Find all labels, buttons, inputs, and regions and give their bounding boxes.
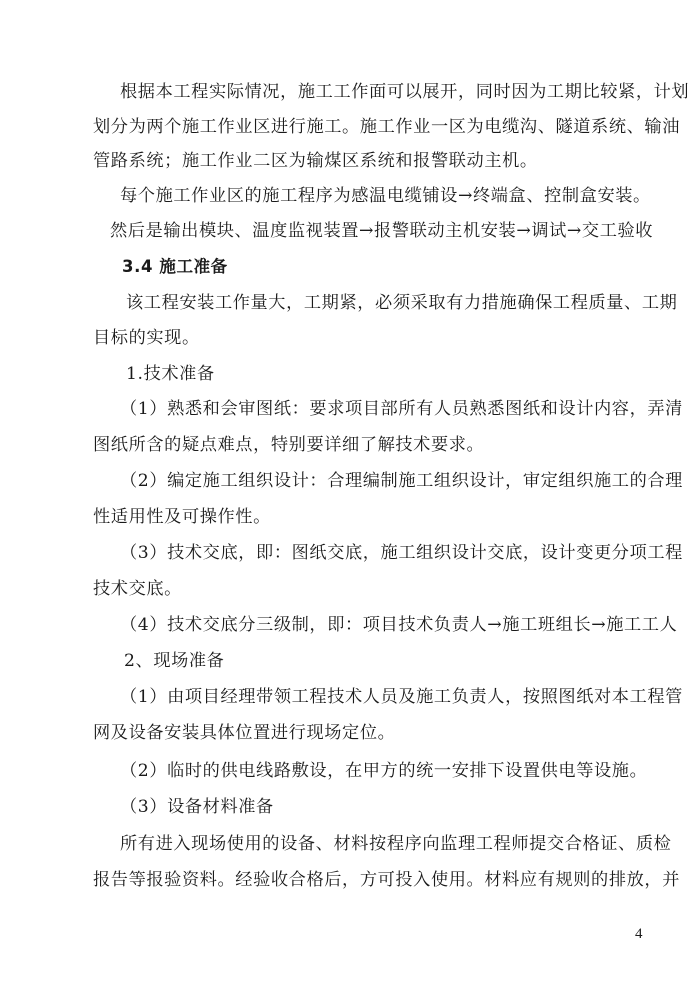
paragraph-line: 报告等报验资料。经验收合格后，方可投入使用。材料应有规则的排放，并 (93, 869, 653, 891)
paragraph-line: 该工程安装工作量大，工期紧，必须采取有力措施确保工程质量、工期 (126, 292, 686, 314)
paragraph-line: 图纸所含的疑点难点，特别要详细了解技术要求。 (93, 434, 653, 456)
paragraph-line: 性适用性及可操作性。 (93, 506, 653, 528)
section-heading: 3.4 施工准备 (122, 256, 682, 278)
paragraph-line: 网及设备安装具体位置进行现场定位。 (93, 722, 653, 744)
paragraph-line: （4）技术交底分三级制，即：项目技术负责人→施工班组长→施工工人 (120, 614, 680, 636)
paragraph-line: 目标的实现。 (93, 327, 653, 349)
subsection-heading: 1.技术准备 (126, 363, 686, 385)
paragraph-line: 每个施工作业区的施工程序为感温电缆铺设→终端盒、控制盒安装。 (120, 185, 680, 207)
paragraph-line: 管路系统；施工作业二区为输煤区系统和报警联动主机。 (93, 150, 653, 172)
paragraph-line: 然后是输出模块、温度监视装置→报警联动主机安装→调试→交工验收 (110, 220, 670, 242)
subsection-heading: 2、现场准备 (124, 650, 684, 672)
page-number: 4 (635, 926, 643, 943)
paragraph-line: （2）临时的供电线路敷设，在甲方的统一安排下设置供电等设施。 (120, 760, 680, 782)
paragraph-line: （1）熟悉和会审图纸：要求项目部所有人员熟悉图纸和设计内容，弄清 (120, 398, 680, 420)
paragraph-line: 所有进入现场使用的设备、材料按程序向监理工程师提交合格证、质检 (120, 833, 680, 855)
paragraph-line: 技术交底。 (93, 578, 653, 600)
paragraph-line: （1）由项目经理带领工程技术人员及施工负责人，按照图纸对本工程管 (120, 686, 680, 708)
paragraph-line: （2）编定施工组织设计：合理编制施工组织设计，审定组织施工的合理 (120, 470, 680, 492)
paragraph-line: （3）设备材料准备 (120, 796, 680, 818)
document-page: 根据本工程实际情况，施工工作面可以展开，同时因为工期比较紧，计划 划分为两个施工… (0, 0, 700, 990)
paragraph-line: 划分为两个施工作业区进行施工。施工作业一区为电缆沟、隧道系统、输油 (93, 116, 653, 138)
paragraph-line: （3）技术交底，即：图纸交底，施工组织设计交底，设计变更分项工程 (120, 542, 680, 564)
paragraph-line: 根据本工程实际情况，施工工作面可以展开，同时因为工期比较紧，计划 (120, 81, 680, 103)
